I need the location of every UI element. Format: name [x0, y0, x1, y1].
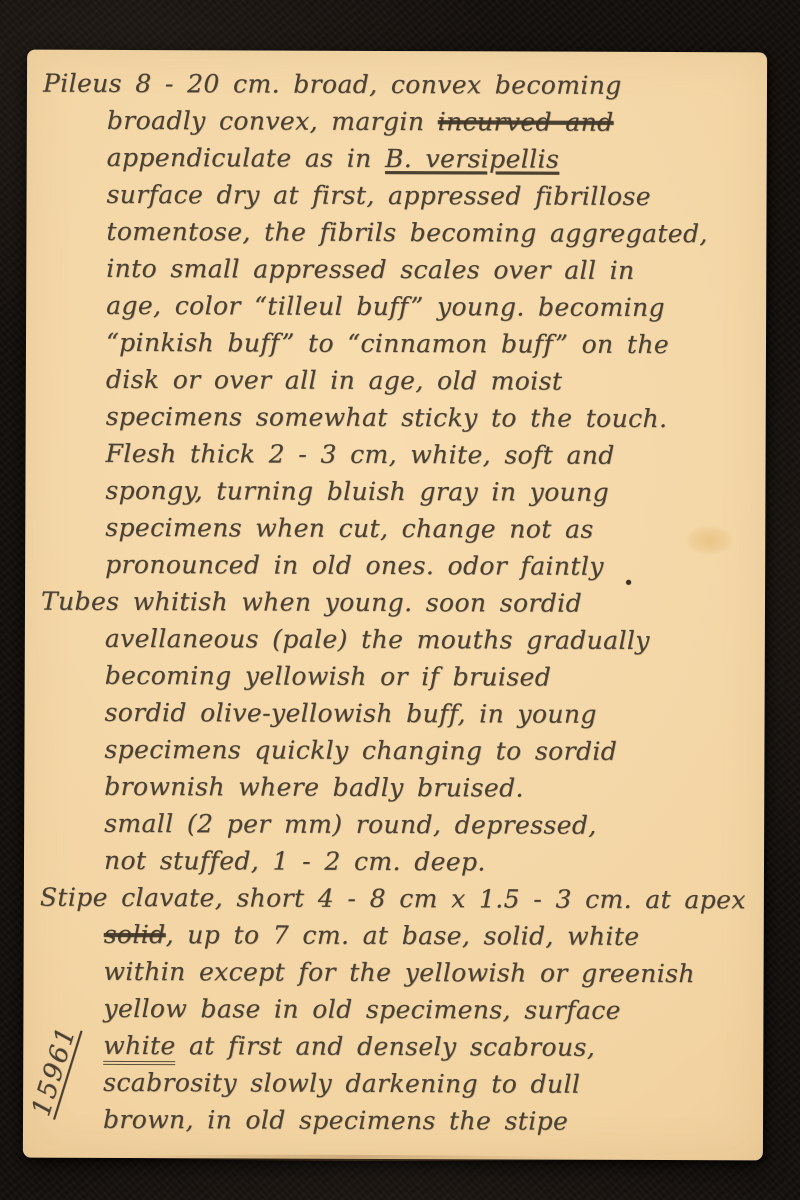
- handwriting-segment: surface dry at first, appressed fibrillo…: [107, 180, 652, 211]
- handwriting-line-pileus: age, color “tilleul buff” young. becomin…: [106, 287, 750, 326]
- handwriting-segment-strike: solid: [104, 920, 166, 949]
- handwriting-segment: within except for the yellowish or green…: [104, 957, 695, 988]
- handwriting-segment-u: B. versipellis: [385, 144, 559, 174]
- handwriting-line-tubes: small (2 per mm) round, depressed,: [104, 805, 748, 844]
- handwriting-line-stipe: yellow base in old specimens, surface: [103, 990, 747, 1029]
- handwriting-line-pileus: tomentose, the fibrils becoming aggregat…: [106, 213, 750, 252]
- handwriting-line-pileus: Pileus 8 - 20 cm. broad, convex becoming: [43, 65, 751, 105]
- handwriting-line-pileus: “pinkish buff” to “cinnamon buff” on the: [106, 324, 750, 363]
- handwriting-segment: “pinkish buff” to “cinnamon buff” on the: [106, 328, 669, 359]
- handwriting-segment: Pileus 8 - 20 cm. broad, convex becoming: [43, 69, 622, 100]
- handwriting-line-tubes: not stuffed, 1 - 2 cm. deep.: [104, 842, 748, 881]
- handwriting-segment: avellaneous (pale) the mouths gradually: [105, 624, 650, 655]
- handwriting-line-pileus: surface dry at first, appressed fibrillo…: [107, 176, 751, 215]
- handwriting-segment: broadly convex, margin: [107, 106, 438, 136]
- handwriting-segment-strike: incurved and: [438, 107, 614, 137]
- handwriting-segment: brown, in old specimens the stipe: [103, 1105, 568, 1136]
- handwriting-segment: age, color “tilleul buff” young. becomin…: [106, 291, 665, 322]
- handwriting-segment: , up to 7 cm. at base, solid, white: [166, 920, 640, 951]
- handwriting-segment: sordid olive-yellowish buff, in young: [105, 698, 597, 729]
- handwriting-line-stipe: white at first and densely scabrous,: [103, 1027, 747, 1066]
- handwriting-segment: not stuffed, 1 - 2 cm. deep.: [104, 846, 486, 876]
- handwriting-segment: pronounced in old ones. odor faintly: [105, 550, 604, 581]
- handwriting-segment: specimens quickly changing to sordid: [104, 735, 617, 766]
- handwriting-segment: Tubes whitish when young. soon sordid: [41, 587, 582, 618]
- handwriting-segment: disk or over all in age, old moist: [106, 365, 563, 396]
- handwriting-line-stipe: solid, up to 7 cm. at base, solid, white: [104, 916, 748, 955]
- handwriting-line-pileus: specimens when cut, change not as: [105, 509, 749, 548]
- handwriting-segment: brownish where badly bruised.: [104, 772, 524, 803]
- handwriting-line-pileus: pronounced in old ones. odor faintly: [105, 546, 749, 585]
- handwritten-note-card: Pileus 8 - 20 cm. broad, convex becoming…: [23, 50, 767, 1161]
- handwriting-line-tubes: becoming yellowish or if bruised: [105, 657, 749, 696]
- handwriting-segment: small (2 per mm) round, depressed,: [104, 809, 597, 840]
- handwriting-line-tubes: specimens quickly changing to sordid: [104, 731, 748, 770]
- handwriting-line-tubes: sordid olive-yellowish buff, in young: [105, 694, 749, 733]
- handwriting-line-pileus: disk or over all in age, old moist: [106, 361, 750, 400]
- handwriting-segment: yellow base in old specimens, surface: [103, 994, 621, 1025]
- handwriting-line-pileus: broadly convex, margin incurved and: [107, 102, 751, 141]
- handwriting-segment: becoming yellowish or if bruised: [105, 661, 552, 692]
- handwriting-segment: Stipe clavate, short 4 - 8 cm x 1.5 - 3 …: [40, 883, 746, 915]
- handwriting-segment: specimens when cut, change not as: [105, 513, 593, 544]
- handwriting-line-pileus: specimens somewhat sticky to the touch.: [106, 398, 750, 437]
- handwriting-line-tubes: brownish where badly bruised.: [104, 768, 748, 807]
- handwriting-segment: tomentose, the fibrils becoming aggregat…: [106, 217, 707, 248]
- handwriting-line-stipe: scabrosity slowly darkening to dull: [103, 1064, 747, 1103]
- handwriting-line-pileus: appendiculate as in B. versipellis: [107, 139, 751, 178]
- handwriting-segment-uu: white: [103, 1031, 175, 1065]
- handwriting-segment: into small appressed scales over all in: [106, 254, 634, 285]
- handwriting-line-pileus: into small appressed scales over all in: [106, 250, 750, 289]
- handwriting-segment: scabrosity slowly darkening to dull: [103, 1068, 580, 1099]
- handwriting-segment: specimens somewhat sticky to the touch.: [106, 402, 668, 433]
- handwriting-segment: at first and densely scabrous,: [176, 1031, 596, 1062]
- handwriting-line-tubes: Tubes whitish when young. soon sordid: [41, 583, 749, 623]
- handwriting-line-stipe: Stipe clavate, short 4 - 8 cm x 1.5 - 3 …: [40, 879, 748, 919]
- handwriting-segment: spongy, turning bluish gray in young: [105, 476, 609, 507]
- handwriting: Pileus 8 - 20 cm. broad, convex becoming…: [39, 65, 751, 1141]
- handwriting-segment: appendiculate as in: [107, 143, 385, 173]
- handwriting-line-pileus: spongy, turning bluish gray in young: [105, 472, 749, 511]
- handwriting-line-stipe: within except for the yellowish or green…: [104, 953, 748, 992]
- handwriting-line-pileus: Flesh thick 2 - 3 cm, white, soft and: [106, 435, 750, 474]
- handwriting-segment: Flesh thick 2 - 3 cm, white, soft and: [106, 439, 615, 470]
- handwriting-line-stipe: brown, in old specimens the stipe: [103, 1101, 747, 1140]
- handwriting-line-tubes: avellaneous (pale) the mouths gradually: [105, 620, 749, 659]
